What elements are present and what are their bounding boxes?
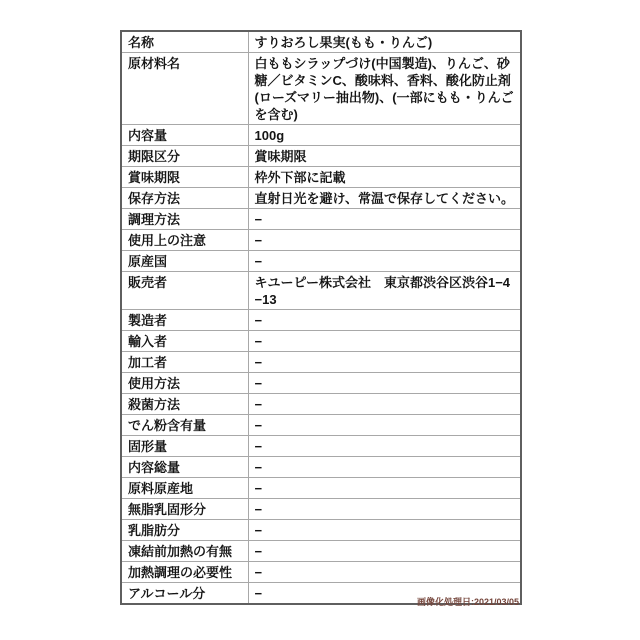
- row-value: 100g: [248, 125, 521, 146]
- row-label: 販売者: [121, 272, 248, 310]
- row-value: −: [248, 352, 521, 373]
- row-label: 内容量: [121, 125, 248, 146]
- row-value: 直射日光を避け、常温で保存してください。: [248, 188, 521, 209]
- table-row: 原材料名白ももシラップづけ(中国製造)、りんご、砂糖／ビタミンC、酸味料、香料、…: [121, 53, 521, 125]
- table-row: 加工者−: [121, 352, 521, 373]
- spec-table-body: 名称すりおろし果実(もも・りんご)原材料名白ももシラップづけ(中国製造)、りんご…: [121, 31, 521, 604]
- row-label: 使用方法: [121, 373, 248, 394]
- table-row: 内容総量−: [121, 457, 521, 478]
- row-label: 調理方法: [121, 209, 248, 230]
- table-row: 使用方法−: [121, 373, 521, 394]
- row-label: 固形量: [121, 436, 248, 457]
- table-row: 乳脂肪分−: [121, 520, 521, 541]
- table-row: 殺菌方法−: [121, 394, 521, 415]
- table-row: 製造者−: [121, 310, 521, 331]
- table-row: でん粉含有量−: [121, 415, 521, 436]
- table-row: 使用上の注意−: [121, 230, 521, 251]
- row-label: 加熱調理の必要性: [121, 562, 248, 583]
- row-label: 殺菌方法: [121, 394, 248, 415]
- row-value: −: [248, 520, 521, 541]
- row-label: 加工者: [121, 352, 248, 373]
- row-label: 使用上の注意: [121, 230, 248, 251]
- row-value: すりおろし果実(もも・りんご): [248, 31, 521, 53]
- product-spec-table: 名称すりおろし果実(もも・りんご)原材料名白ももシラップづけ(中国製造)、りんご…: [120, 30, 522, 605]
- table-row: 期限区分賞味期限: [121, 146, 521, 167]
- table-row: 加熱調理の必要性−: [121, 562, 521, 583]
- row-value: 白ももシラップづけ(中国製造)、りんご、砂糖／ビタミンC、酸味料、香料、酸化防止…: [248, 53, 521, 125]
- row-label: 凍結前加熱の有無: [121, 541, 248, 562]
- table-row: 無脂乳固形分−: [121, 499, 521, 520]
- row-label: 原産国: [121, 251, 248, 272]
- row-label: 賞味期限: [121, 167, 248, 188]
- row-value: −: [248, 436, 521, 457]
- row-label: でん粉含有量: [121, 415, 248, 436]
- row-value: −: [248, 562, 521, 583]
- row-label: 原材料名: [121, 53, 248, 125]
- row-label: 内容総量: [121, 457, 248, 478]
- table-row: 販売者キユーピー株式会社 東京都渋谷区渋谷1−4−13: [121, 272, 521, 310]
- row-value: −: [248, 209, 521, 230]
- row-value: −: [248, 310, 521, 331]
- row-label: 無脂乳固形分: [121, 499, 248, 520]
- food-label-sheet: 名称すりおろし果実(もも・りんご)原材料名白ももシラップづけ(中国製造)、りんご…: [0, 0, 640, 640]
- row-value: −: [248, 394, 521, 415]
- table-row: 原産国−: [121, 251, 521, 272]
- row-label: 名称: [121, 31, 248, 53]
- row-value: −: [248, 499, 521, 520]
- table-row: 原料原産地−: [121, 478, 521, 499]
- row-value: 賞味期限: [248, 146, 521, 167]
- row-value: −: [248, 478, 521, 499]
- row-value: 枠外下部に記載: [248, 167, 521, 188]
- row-value: −: [248, 415, 521, 436]
- table-row: 内容量100g: [121, 125, 521, 146]
- row-label: 期限区分: [121, 146, 248, 167]
- row-value: −: [248, 331, 521, 352]
- row-label: 輸入者: [121, 331, 248, 352]
- row-label: 製造者: [121, 310, 248, 331]
- row-value: −: [248, 251, 521, 272]
- row-value: −: [248, 373, 521, 394]
- row-value: −: [248, 230, 521, 251]
- table-row: 賞味期限枠外下部に記載: [121, 167, 521, 188]
- row-label: 乳脂肪分: [121, 520, 248, 541]
- row-label: 保存方法: [121, 188, 248, 209]
- image-processing-date: 画像化処理日:2021/03/05: [120, 597, 519, 608]
- row-value: −: [248, 541, 521, 562]
- table-row: 輸入者−: [121, 331, 521, 352]
- table-row: 名称すりおろし果実(もも・りんご): [121, 31, 521, 53]
- row-value: キユーピー株式会社 東京都渋谷区渋谷1−4−13: [248, 272, 521, 310]
- table-row: 保存方法直射日光を避け、常温で保存してください。: [121, 188, 521, 209]
- row-label: 原料原産地: [121, 478, 248, 499]
- row-value: −: [248, 457, 521, 478]
- table-row: 調理方法−: [121, 209, 521, 230]
- table-row: 固形量−: [121, 436, 521, 457]
- table-row: 凍結前加熱の有無−: [121, 541, 521, 562]
